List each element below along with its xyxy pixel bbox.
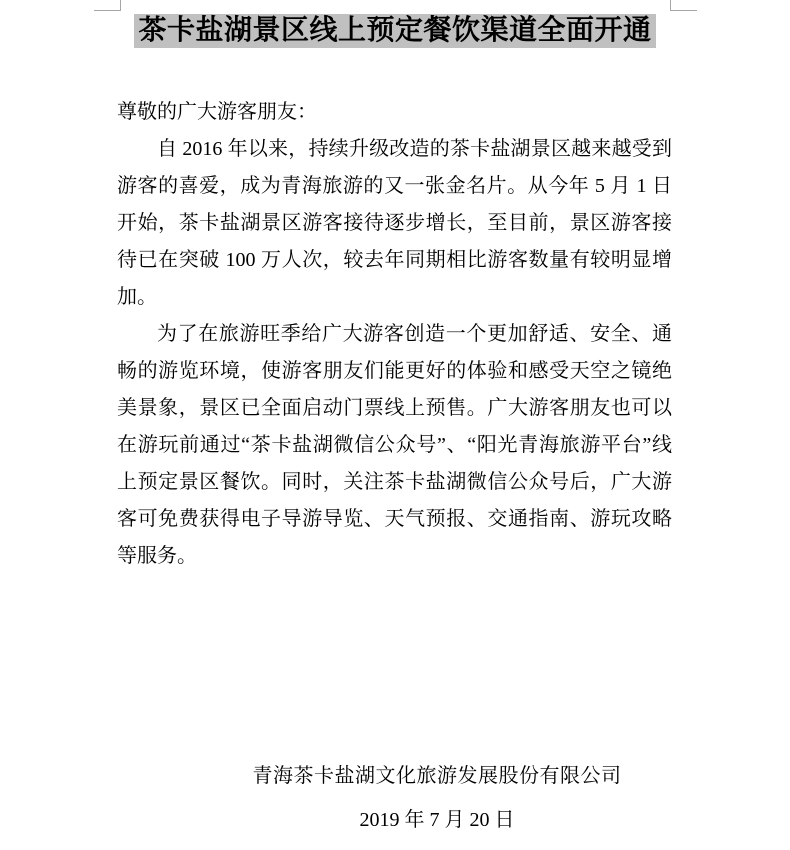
text-boundary-corner-mark-top-right	[670, 0, 697, 11]
signature-date: 2019 年 7 月 20 日	[84, 806, 790, 834]
body-paragraph: 自 2016 年以来，持续升级改造的茶卡盐湖景区越来越受到游客的喜爱，成为青海旅…	[117, 131, 672, 316]
signature-company-name: 青海茶卡盐湖文化旅游发展股份有限公司	[84, 762, 790, 790]
salutation-line: 尊敬的广大游客朋友：	[117, 94, 672, 131]
document-body: 尊敬的广大游客朋友： 自 2016 年以来，持续升级改造的茶卡盐湖景区越来越受到…	[117, 94, 672, 575]
document-title: 茶卡盐湖景区线上预定餐饮渠道全面开通	[134, 14, 655, 48]
text-boundary-corner-mark-top-left	[94, 0, 121, 11]
document-page: 茶卡盐湖景区线上预定餐饮渠道全面开通 尊敬的广大游客朋友： 自 2016 年以来…	[0, 0, 790, 850]
signature-block: 青海茶卡盐湖文化旅游发展股份有限公司 2019 年 7 月 20 日	[84, 762, 790, 834]
body-paragraph: 为了在旅游旺季给广大游客创造一个更加舒适、安全、通畅的游览环境，使游客朋友们能更…	[117, 316, 672, 575]
